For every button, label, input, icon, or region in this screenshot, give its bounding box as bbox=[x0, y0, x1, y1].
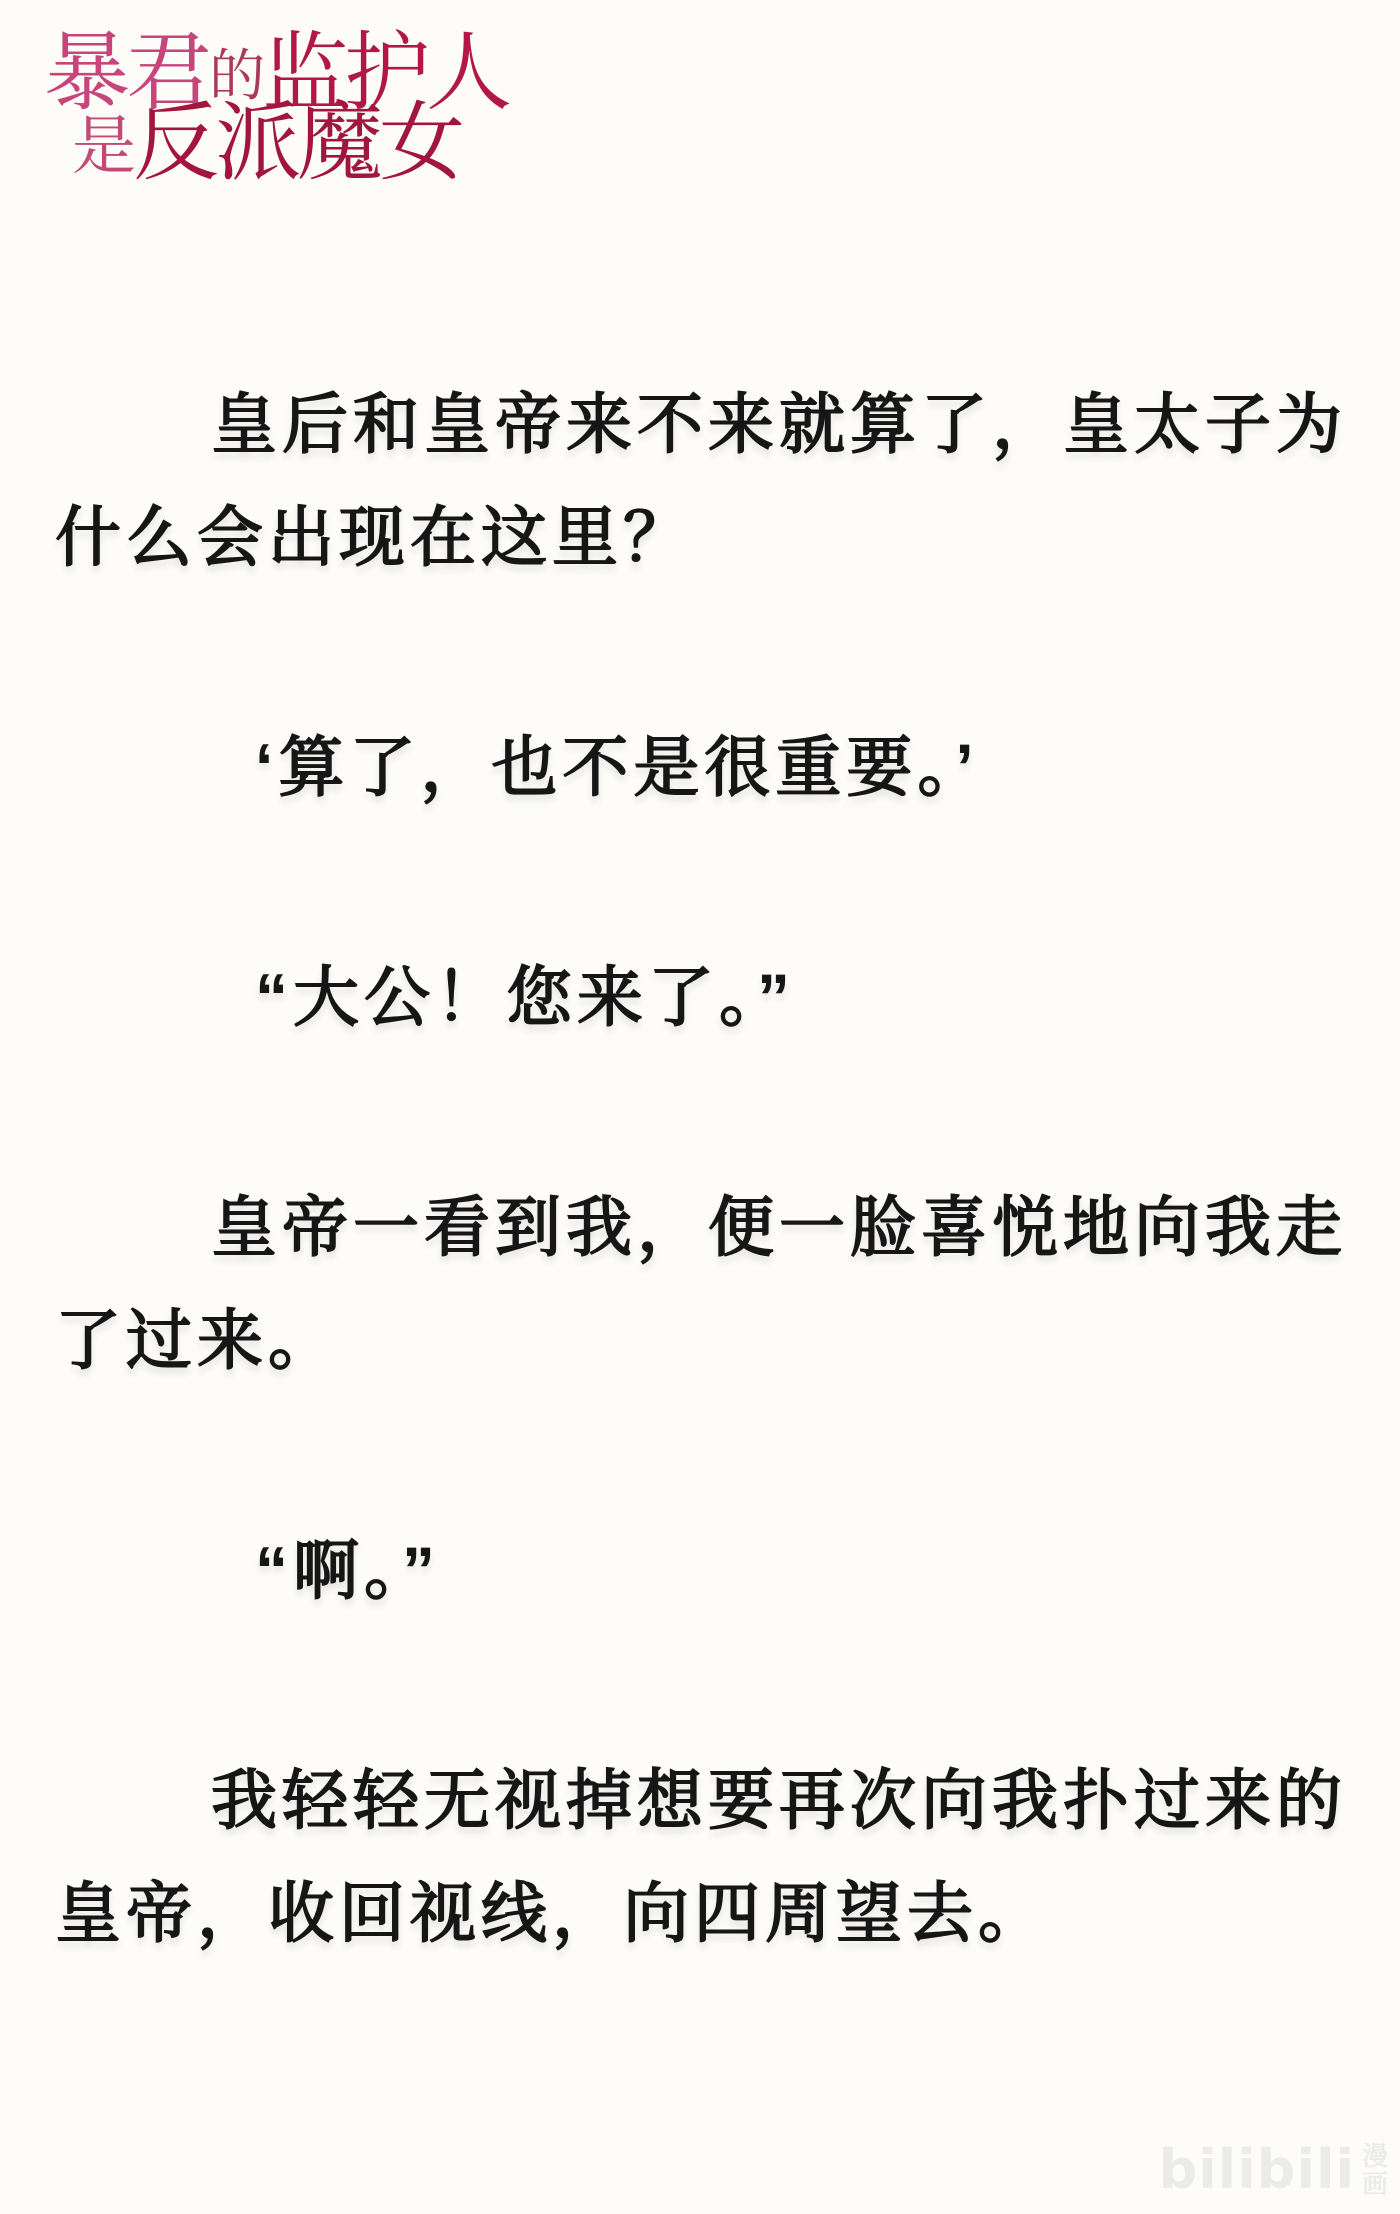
logo-segment: 反派魔女 bbox=[133, 93, 461, 193]
paragraph-dialogue-1: “大公！您来了。” bbox=[55, 941, 1400, 1054]
bilibili-watermark: bilibili 漫 画 bbox=[1159, 2142, 1388, 2198]
manhua-char-2: 画 bbox=[1362, 2170, 1388, 2198]
text-line: “啊。” bbox=[55, 1514, 1400, 1627]
paragraph-dialogue-2: “啊。” bbox=[55, 1514, 1400, 1627]
paragraph-narration-1: 皇后和皇帝来不来就算了，皇太子为 什么会出现在这里？ bbox=[55, 368, 1400, 594]
text-line: 了过来。 bbox=[55, 1284, 1400, 1397]
story-text: 皇后和皇帝来不来就算了，皇太子为 什么会出现在这里？ ‘算了，也不是很重要。’ … bbox=[55, 368, 1400, 2087]
manhua-label: 漫 画 bbox=[1362, 2142, 1388, 2198]
text-line: 皇后和皇帝来不来就算了，皇太子为 bbox=[55, 368, 1400, 481]
text-line: 我轻轻无视掉想要再次向我扑过来的 bbox=[55, 1744, 1400, 1857]
text-line: ‘算了，也不是很重要。’ bbox=[55, 711, 1400, 824]
text-line: 皇帝，收回视线，向四周望去。 bbox=[55, 1857, 1400, 1970]
text-line: “大公！您来了。” bbox=[55, 941, 1400, 1054]
manhua-char-1: 漫 bbox=[1362, 2142, 1388, 2170]
logo-line-2: 是 反派魔女 bbox=[72, 100, 508, 186]
series-logo: 暴君 的 监护人 是 反派魔女 bbox=[44, 30, 508, 186]
paragraph-narration-2: 皇帝一看到我，便一脸喜悦地向我走 了过来。 bbox=[55, 1171, 1400, 1397]
bilibili-logo-text: bilibili bbox=[1159, 2143, 1355, 2197]
text-line: 什么会出现在这里？ bbox=[55, 481, 1400, 594]
novel-reader-page: 暴君 的 监护人 是 反派魔女 皇后和皇帝来不来就算了，皇太子为 什么会出现在这… bbox=[0, 0, 1400, 2214]
text-line: 皇帝一看到我，便一脸喜悦地向我走 bbox=[55, 1171, 1400, 1284]
paragraph-narration-3: 我轻轻无视掉想要再次向我扑过来的 皇帝，收回视线，向四周望去。 bbox=[55, 1744, 1400, 1970]
paragraph-thought: ‘算了，也不是很重要。’ bbox=[55, 711, 1400, 824]
logo-segment: 是 bbox=[72, 110, 132, 184]
